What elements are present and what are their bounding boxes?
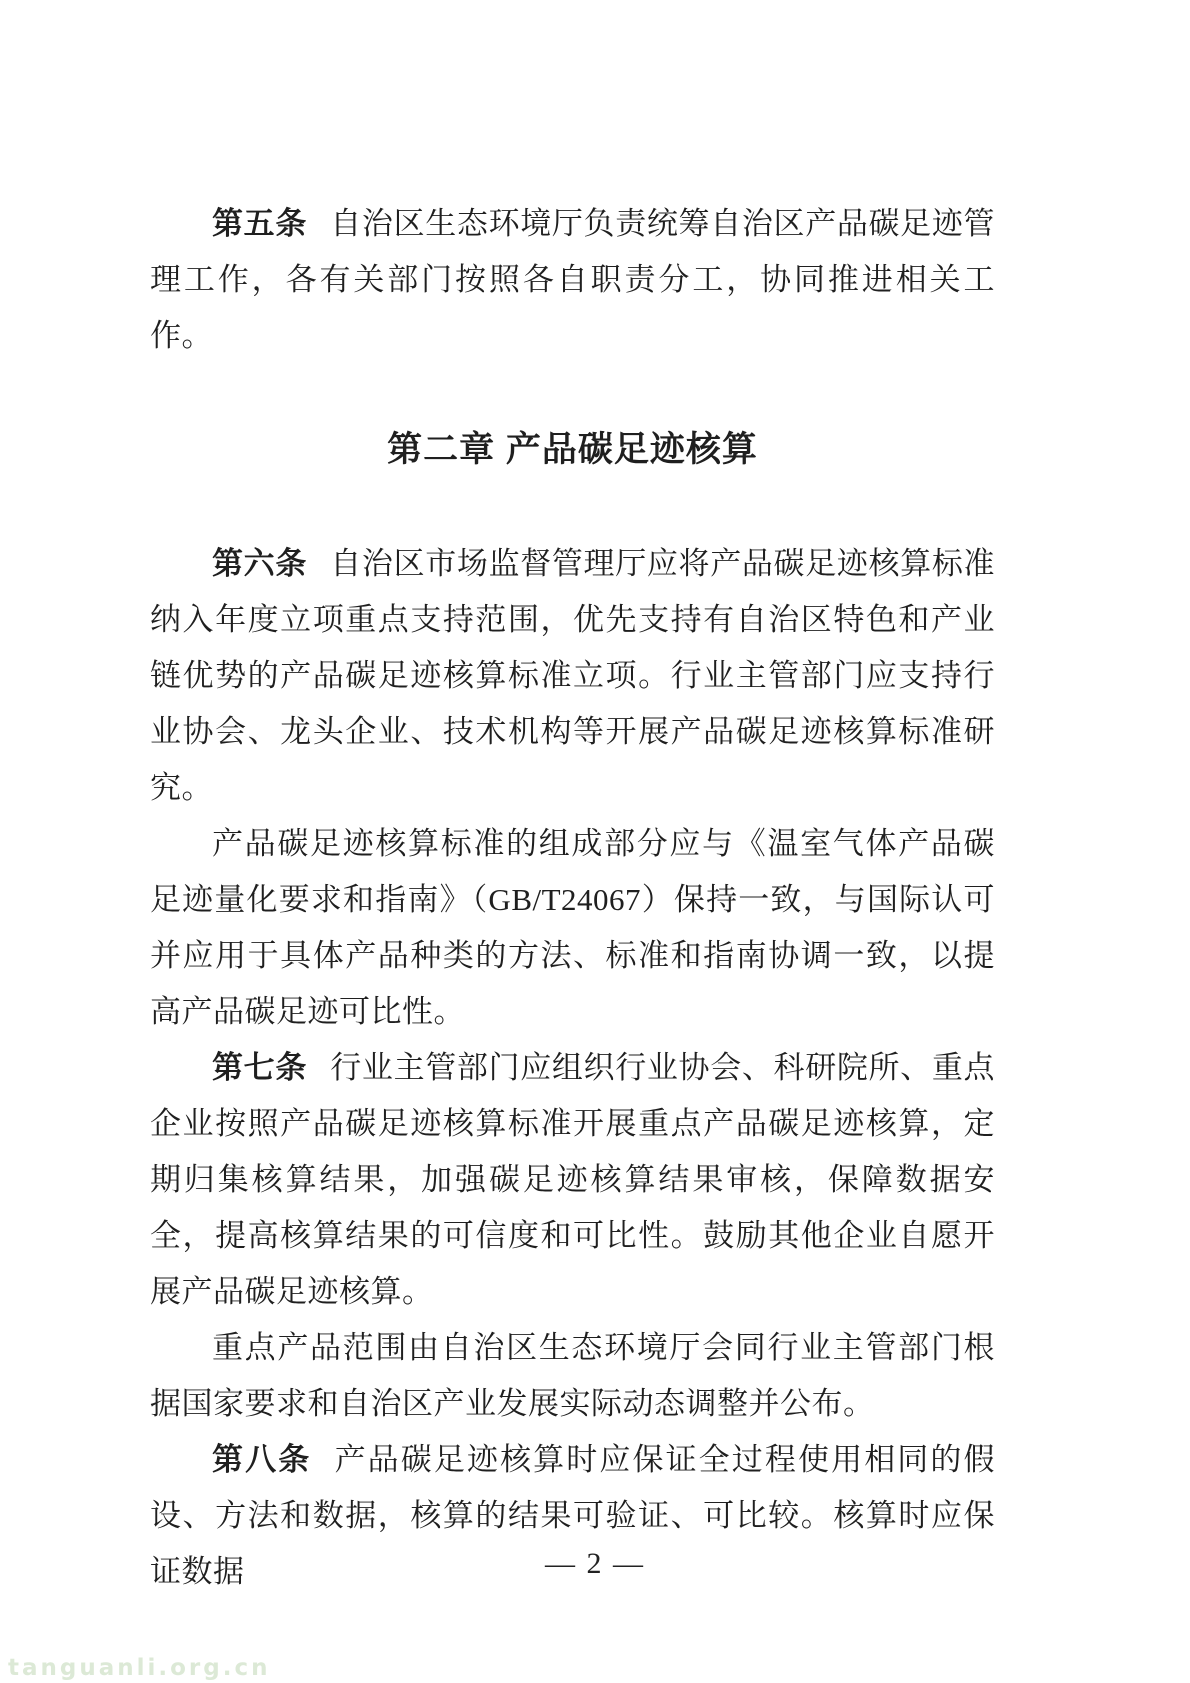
article-8-number: 第八条 — [212, 1442, 311, 1477]
article-7-continuation-paragraph: 重点产品范围由自治区生态环境厅会同行业主管部门根据国家要求和自治区产业发展实际动… — [150, 1320, 995, 1432]
watermark: tanguanli.org.cn — [8, 1655, 270, 1681]
document-page: 第五条自治区生态环境厅负责统筹自治区产品碳足迹管理工作，各有关部门按照各自职责分… — [0, 0, 1190, 1683]
chapter-2-heading: 第二章 产品碳足迹核算 — [150, 422, 995, 478]
document-body: 第五条自治区生态环境厅负责统筹自治区产品碳足迹管理工作，各有关部门按照各自职责分… — [150, 196, 995, 1600]
page-number: — 2 — — [0, 1547, 1190, 1581]
article-5-number: 第五条 — [212, 206, 307, 241]
article-7-number: 第七条 — [212, 1050, 307, 1085]
article-7-paragraph: 第七条行业主管部门应组织行业协会、科研院所、重点企业按照产品碳足迹核算标准开展重… — [150, 1040, 995, 1320]
article-5-paragraph: 第五条自治区生态环境厅负责统筹自治区产品碳足迹管理工作，各有关部门按照各自职责分… — [150, 196, 995, 364]
article-6-number: 第六条 — [212, 546, 307, 581]
article-7-continuation-text: 重点产品范围由自治区生态环境厅会同行业主管部门根据国家要求和自治区产业发展实际动… — [150, 1330, 995, 1421]
article-6-text: 自治区市场监督管理厅应将产品碳足迹核算标准纳入年度立项重点支持范围，优先支持有自… — [150, 546, 995, 805]
article-6-continuation-text: 产品碳足迹核算标准的组成部分应与《温室气体产品碳足迹量化要求和指南》（GB/T2… — [150, 826, 995, 1029]
article-6-continuation-paragraph: 产品碳足迹核算标准的组成部分应与《温室气体产品碳足迹量化要求和指南》（GB/T2… — [150, 816, 995, 1040]
article-6-paragraph: 第六条自治区市场监督管理厅应将产品碳足迹核算标准纳入年度立项重点支持范围，优先支… — [150, 536, 995, 816]
article-7-text: 行业主管部门应组织行业协会、科研院所、重点企业按照产品碳足迹核算标准开展重点产品… — [150, 1050, 995, 1309]
